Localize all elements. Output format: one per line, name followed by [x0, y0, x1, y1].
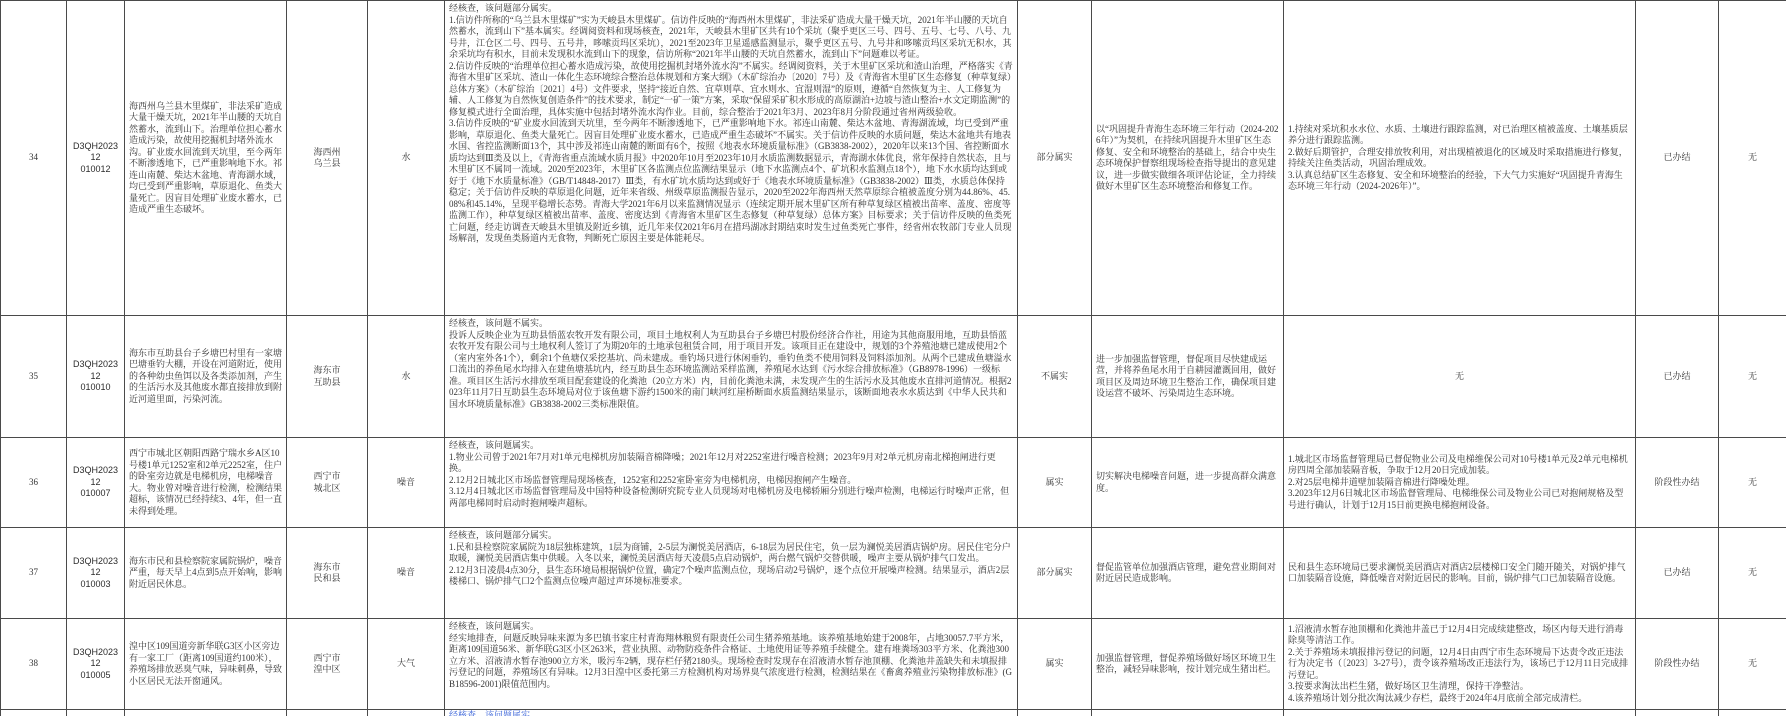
- complaint-text: [125, 710, 287, 716]
- handling-text: 以“巩固提升青海生态环境三年行动（2024-2026年）”为契机，在持续巩固提升…: [1092, 1, 1284, 316]
- accountability: 无: [1719, 619, 1786, 710]
- serial-number: 35: [1, 316, 67, 438]
- verification-result: 不属实: [1018, 316, 1092, 438]
- rectification-text: 无: [1284, 316, 1636, 438]
- accountability: 无: [1719, 316, 1786, 438]
- serial-number: 38: [1, 619, 67, 710]
- accountability: 无: [1719, 438, 1786, 528]
- pollution-type: [368, 710, 445, 716]
- investigation-text: 经核查，该问题部分属实。 1.信访件所称的“乌兰县木里煤矿”实为天峻县木里煤矿。…: [445, 1, 1018, 316]
- rectification-text: 1.沼液清水暂存池顶棚和化粪池井盖已于12月4日完成续建整改，场区内每天进行消毒…: [1284, 619, 1636, 710]
- accountability: 无: [1719, 1, 1786, 316]
- complaint-handling-table-page: 34 D3QH202312 010012 海西州乌兰县木里煤矿，非法采矿造成大量…: [0, 0, 1786, 716]
- status: 已办结: [1636, 1, 1719, 316]
- complaint-text: 海西州乌兰县木里煤矿，非法采矿造成大量干燥天坑，2021年半山腰的天坑自然蓄水，…: [125, 1, 287, 316]
- status: 阶段性办结: [1636, 619, 1719, 710]
- handling-text: [1092, 710, 1284, 716]
- status: 已办结: [1636, 528, 1719, 619]
- case-number: D3QH202312 010012: [67, 1, 125, 316]
- complaint-table: 34 D3QH202312 010012 海西州乌兰县木里煤矿，非法采矿造成大量…: [0, 0, 1786, 716]
- status: [1636, 710, 1719, 716]
- verification-result: 部分属实: [1018, 1, 1092, 316]
- table-row: 37 D3QH202312 010003 海东市民和县检察院家属院锅炉，噪音严重…: [1, 528, 1786, 619]
- accountability: 无: [1719, 528, 1786, 619]
- complaint-text: 海东市民和县检察院家属院锅炉，噪音严重，每天早上4点到5点开始响，影响附近居民休…: [125, 528, 287, 619]
- case-number: D3QH202312 010005: [67, 619, 125, 710]
- pollution-type: 噪音: [368, 528, 445, 619]
- case-number: D3QH202312 010007: [67, 438, 125, 528]
- region: [287, 710, 368, 716]
- rectification-text: 1.持续对采坑积水水位、水质、土壤进行跟踪监测，对已治理区植被盖度、土壤基质层养…: [1284, 1, 1636, 316]
- complaint-text: 湟中区109国道旁新华联G3区小区旁边有一家工厂（距离109国道约100米），养…: [125, 619, 287, 710]
- complaint-text: 海东市互助县台子乡塘巴村里有一家塘巴塘垂钓大棚，开设在河道附近，使用的各种幼虫鱼…: [125, 316, 287, 438]
- rectification-text: [1284, 710, 1636, 716]
- handling-text: 督促监管单位加强酒店管理，避免营业期间对附近居民造成影响。: [1092, 528, 1284, 619]
- table-row: 35 D3QH202312 010010 海东市互助县台子乡塘巴村里有一家塘巴塘…: [1, 316, 1786, 438]
- verification-result: 属实: [1018, 619, 1092, 710]
- handling-text: 进一步加强监督管理，督促项目尽快建成运营，并将养鱼尾水用于自耕园灌溉回用，做好项…: [1092, 316, 1284, 438]
- investigation-text: 经核查，该问题属实。 经实地排查，问题反映异味来源为多巴镇书家庄村青海翔林粮贸有…: [445, 619, 1018, 710]
- pollution-type: 噪音: [368, 438, 445, 528]
- verification-result: 属实: [1018, 438, 1092, 528]
- serial-number: [1, 710, 67, 716]
- pollution-type: 水: [368, 1, 445, 316]
- pollution-type: 大气: [368, 619, 445, 710]
- handling-text: 切实解决电梯噪音问题，进一步提高群众满意度。: [1092, 438, 1284, 528]
- investigation-text: 经核查，该问题部分属实。 1.民和县检察院家属院为18层独栋建筑，1层为商铺，2…: [445, 528, 1018, 619]
- serial-number: 37: [1, 528, 67, 619]
- table-row: 38 D3QH202312 010005 湟中区109国道旁新华联G3区小区旁边…: [1, 619, 1786, 710]
- table-row: 34 D3QH202312 010012 海西州乌兰县木里煤矿，非法采矿造成大量…: [1, 1, 1786, 316]
- case-number: [67, 710, 125, 716]
- investigation-text: 经核查，该问题属实。: [445, 710, 1018, 716]
- handling-text: 加强监督管理，督促养殖场做好场区环境卫生整治，减轻异味影响，按计划完成生猪出栏。: [1092, 619, 1284, 710]
- region: 海东市 互助县: [287, 316, 368, 438]
- region: 海东市 民和县: [287, 528, 368, 619]
- region: 海西州 乌兰县: [287, 1, 368, 316]
- verification-result: [1018, 710, 1092, 716]
- accountability: [1719, 710, 1786, 716]
- table-row: 36 D3QH202312 010007 西宁市城北区朝阳西路宁瑞水乡A区10号…: [1, 438, 1786, 528]
- rectification-text: 1.城北区市场监督管理局已督促物业公司及电梯维保公司对10号楼1单元及2单元电梯…: [1284, 438, 1636, 528]
- investigation-text: 经核查，该问题不属实。 投诉人反映企业为互助县悟蓝农牧开发有限公司，项目土地权利…: [445, 316, 1018, 438]
- region: 西宁市 城北区: [287, 438, 368, 528]
- verification-result: 部分属实: [1018, 528, 1092, 619]
- complaint-text: 西宁市城北区朝阳西路宁瑞水乡A区10号楼1单元1252室和2单元2252室，住户…: [125, 438, 287, 528]
- status: 已办结: [1636, 316, 1719, 438]
- serial-number: 34: [1, 1, 67, 316]
- case-number: D3QH202312 010003: [67, 528, 125, 619]
- serial-number: 36: [1, 438, 67, 528]
- table-row-partial: 经核查，该问题属实。: [1, 710, 1786, 716]
- investigation-text: 经核查，该问题属实。 1.物业公司曾于2021年7月对1单元电梯机房加装隔音棉降…: [445, 438, 1018, 528]
- region: 西宁市 湟中区: [287, 619, 368, 710]
- rectification-text: 民和县生态环境局已要求澜悦美居酒店对酒店2层楼梯口安全门随开随关，对锅炉排气口加…: [1284, 528, 1636, 619]
- case-number: D3QH202312 010010: [67, 316, 125, 438]
- status: 阶段性办结: [1636, 438, 1719, 528]
- pollution-type: 水: [368, 316, 445, 438]
- clipped-text-fragment: 经核查，该问题属实。: [449, 710, 539, 716]
